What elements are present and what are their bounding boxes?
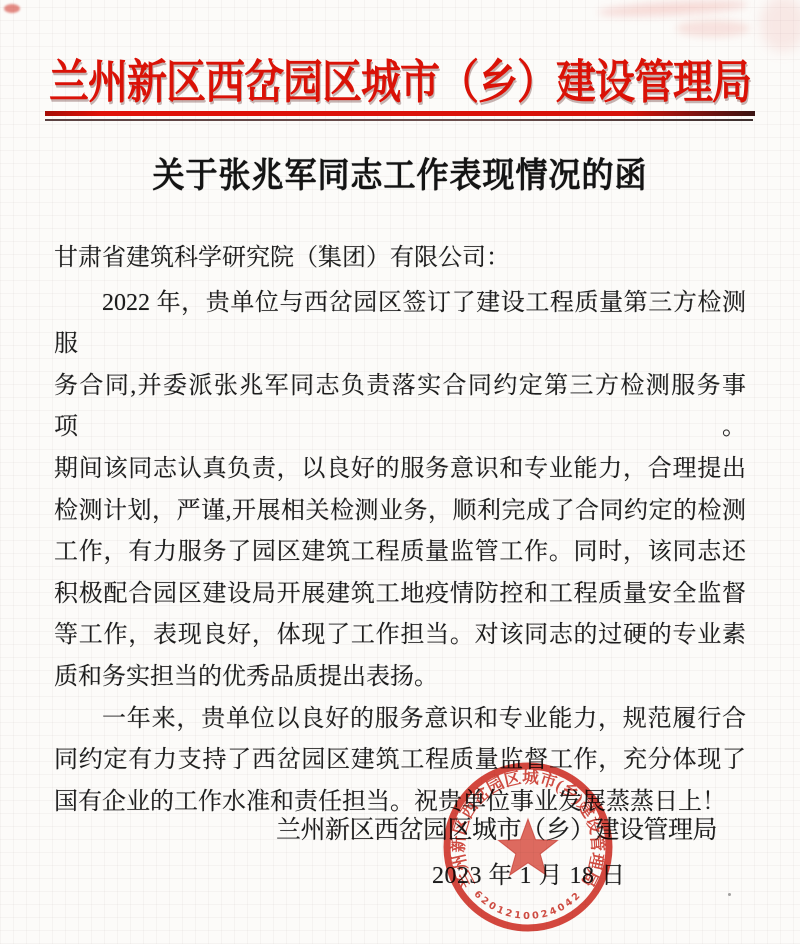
scan-smudge bbox=[4, 4, 20, 13]
scan-smudge bbox=[598, 0, 748, 19]
body-line: 质和务实担当的优秀品质提出表扬。 bbox=[54, 657, 746, 699]
body-line: 一年来，贵单位以良好的服务意识和专业能力，规范履行合 bbox=[54, 699, 746, 741]
header-rule-dark bbox=[45, 119, 753, 121]
salutation: 甘肃省建筑科学研究院（集团）有限公司： bbox=[54, 238, 746, 280]
letter-page: 兰州新区西岔园区城市（乡）建设管理局 关于张兆军同志工作表现情况的函 甘肃省建筑… bbox=[0, 0, 800, 944]
body-line: 2022 年，贵单位与西岔园区签订了建设工程质量第三方检测服 bbox=[54, 283, 746, 366]
letterhead-title: 兰州新区西岔园区城市（乡）建设管理局 bbox=[0, 46, 800, 112]
scan-speck bbox=[728, 893, 731, 896]
letter-body: 甘肃省建筑科学研究院（集团）有限公司： 2022 年，贵单位与西岔园区签订了建设… bbox=[54, 238, 746, 823]
document-title: 关于张兆军同志工作表现情况的函 bbox=[0, 148, 800, 198]
body-line: 期间该同志认真负责，以良好的服务意识和专业能力，合理提出 bbox=[54, 449, 746, 491]
body-line: 积极配合园区建设局开展建筑工地疫情防控和工程质量安全监督 bbox=[54, 574, 746, 616]
scan-smudge bbox=[760, 0, 800, 52]
body-line: 工作，有力服务了园区建筑工程质量监管工作。同时，该同志还 bbox=[54, 532, 746, 574]
body-line: 等工作，表现良好，体现了工作担当。对该同志的过硬的专业素 bbox=[54, 615, 746, 657]
body-line: 同约定有力支持了西岔园区建筑工程质量监督工作，充分体现了 bbox=[54, 740, 746, 782]
body-line: 检测计划，严谨,开展相关检测业务，顺利完成了合同约定的检测 bbox=[54, 491, 746, 533]
header-rule-red bbox=[45, 111, 755, 116]
body-line: 务合同,并委派张兆军同志负责落实合同约定第三方检测服务事项。 bbox=[54, 366, 746, 449]
scan-smudge bbox=[676, 20, 750, 37]
star-icon bbox=[499, 819, 558, 875]
official-seal: 兰州新区西岔园区城市(乡)建设管理局 6201210024042 bbox=[438, 757, 618, 937]
